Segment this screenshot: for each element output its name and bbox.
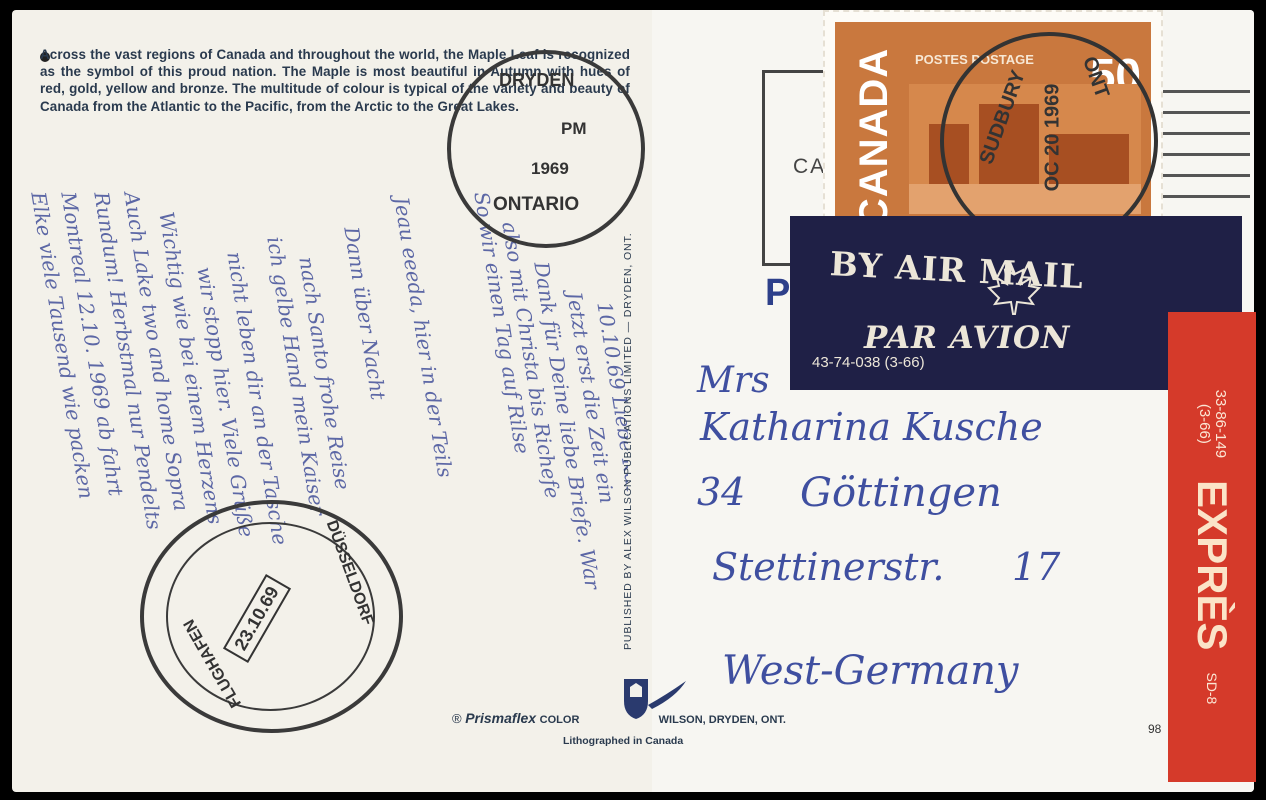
address-number: 34 bbox=[697, 470, 745, 514]
stamp-country: CANADA bbox=[849, 42, 901, 232]
address-street: Stettinerstr. bbox=[712, 545, 944, 589]
message-line: Dann über Nacht bbox=[339, 225, 390, 402]
address-line-2: Katharina Kusche bbox=[700, 405, 1043, 449]
postmark-date: OC 20 1969 bbox=[1041, 84, 1064, 192]
postmark-dusseldorf: DÜSSELDORF FLUGHAFEN 23.10.69 bbox=[140, 500, 403, 733]
expres-code-block: 33-86-149 (3-66) bbox=[1196, 390, 1228, 458]
wilson-crest-icon bbox=[620, 675, 690, 721]
postmark-city: SUDBURY bbox=[975, 67, 1030, 167]
postmark-province: ONTARIO bbox=[493, 194, 579, 216]
brand-color: COLOR bbox=[540, 714, 580, 726]
expres-code-sub: (3-66) bbox=[1196, 390, 1212, 458]
expres-word: EXPRÈS bbox=[1188, 480, 1236, 650]
cancel-wavy-lines bbox=[1160, 90, 1250, 230]
brand-line: ® Prismaflex COLOR WILSON, DRYDEN, ONT. bbox=[452, 710, 786, 726]
stamp-country-text: CANADA bbox=[853, 47, 898, 226]
postmark-province: ONT bbox=[1077, 54, 1113, 102]
postmark-city: DRYDEN bbox=[499, 70, 574, 91]
printed-p-letter: P bbox=[765, 272, 790, 315]
airmail-code: 43-74-038 (3-66) bbox=[812, 354, 925, 371]
address-country: West-Germany bbox=[722, 648, 1019, 694]
expres-label: 33-86-149 (3-66) EXPRÈS SD-8 bbox=[1168, 312, 1256, 782]
expres-series: SD-8 bbox=[1204, 672, 1220, 704]
address-street-number: 17 bbox=[1012, 545, 1060, 589]
postmark-year: 1969 bbox=[531, 159, 569, 179]
postmark-dryden: DRYDEN PM 1969 ONTARIO bbox=[447, 50, 645, 248]
message-line: Jeau eeeda, hier in der Teils bbox=[389, 195, 457, 479]
expres-code: 33-86-149 bbox=[1212, 390, 1228, 458]
address-city: Göttingen bbox=[800, 470, 1002, 516]
par-avion-text: PAR AVION bbox=[864, 320, 1070, 356]
registered-mark: ® bbox=[452, 711, 462, 726]
postmark-time: PM bbox=[561, 119, 587, 139]
publisher-text: PUBLISHED BY ALEX WILSON PUBLICATIONS LI… bbox=[622, 232, 634, 650]
address-line-1: Mrs bbox=[697, 360, 770, 401]
publisher-line: PUBLISHED BY ALEX WILSON PUBLICATIONS LI… bbox=[618, 190, 638, 650]
brand-prismaflex: Prismaflex bbox=[465, 710, 536, 726]
maple-leaf-icon bbox=[978, 260, 1042, 318]
airmail-text: BY AIR MAIL bbox=[829, 244, 1085, 296]
lithographed-text: Lithographed in Canada bbox=[563, 735, 683, 747]
expres-content: 33-86-149 (3-66) EXPRÈS SD-8 bbox=[1188, 390, 1236, 705]
card-number: 98 bbox=[1148, 722, 1161, 736]
